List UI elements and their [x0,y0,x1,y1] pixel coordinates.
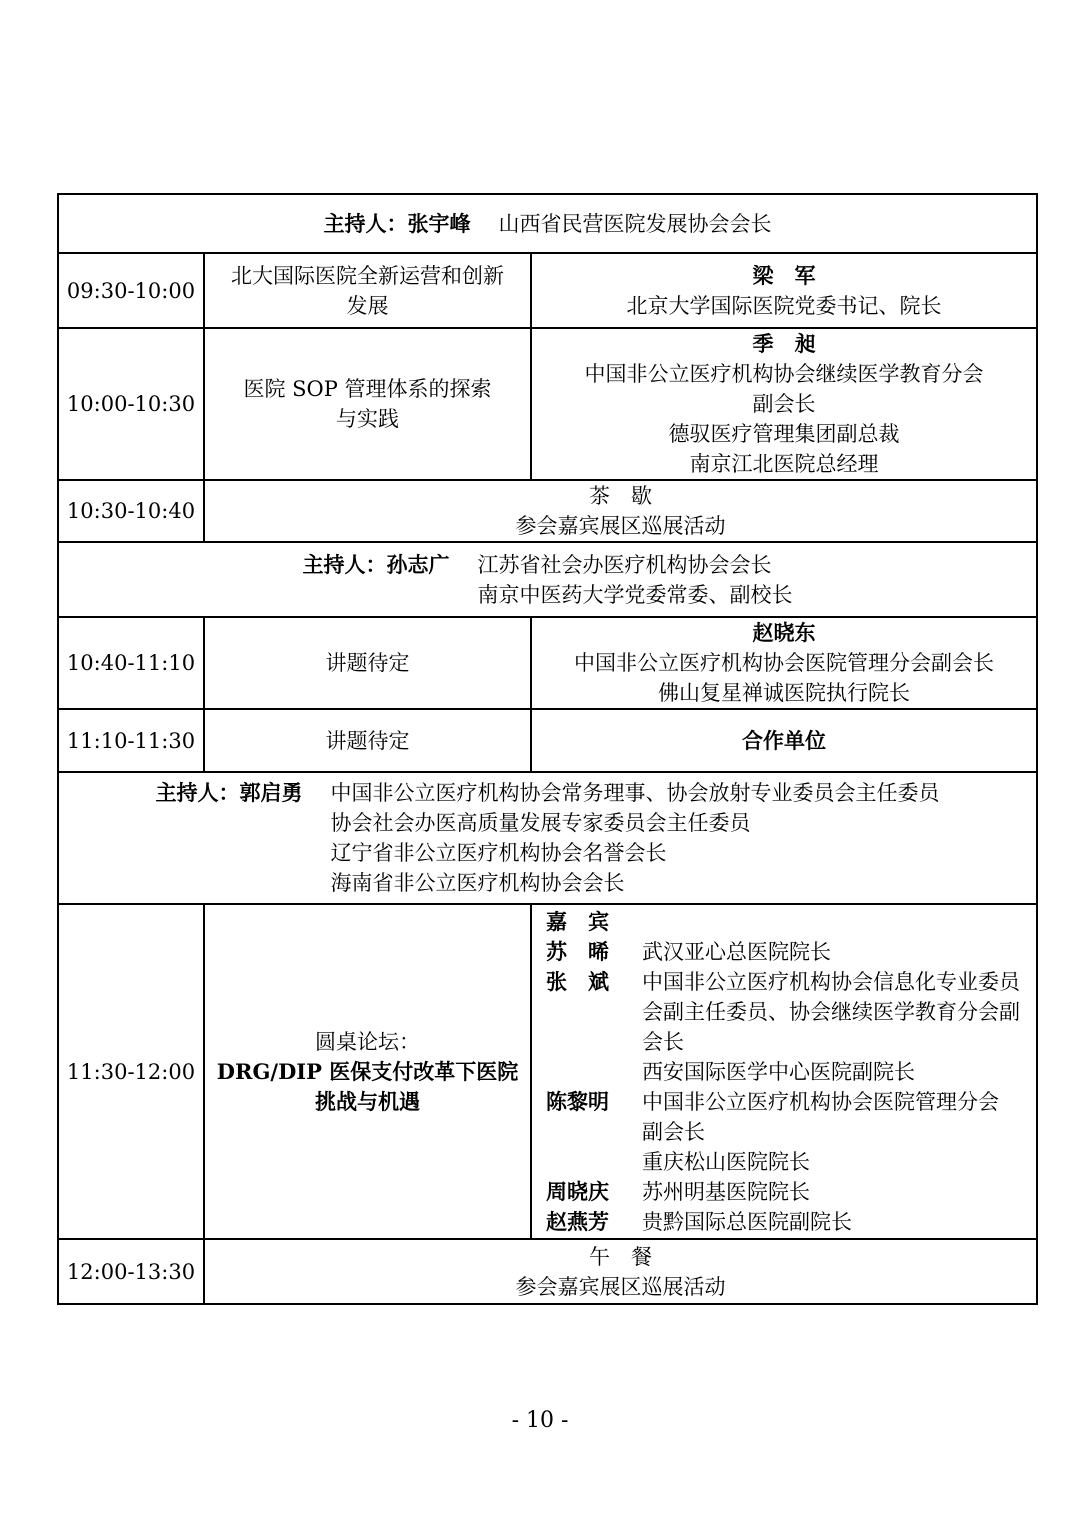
topic-line: DRG/DIP 医保支付改革下医院 [205,1057,530,1087]
speaker-title-line: 中国非公立医疗机构协会医院管理分会副会长 [532,648,1036,678]
topic-line: 医院 SOP 管理体系的探索 [205,374,530,404]
moderator-label: 主持人：郭启勇 [156,778,303,808]
guest-role-line: 副会长 [642,1117,1036,1147]
break-line: 参会嘉宾展区巡展活动 [205,511,1036,541]
moderator-affiliation-line: 山西省民营医院发展协会会长 [499,209,772,239]
roundtable-guests-cell: 嘉 宾 苏 晞 武汉亚心总医院院长 张 斌 中国非公立医疗机构协会信息化专业委员… [531,904,1037,1239]
guest-role: 贵黔国际总医院副院长 [642,1207,1036,1237]
topic-line: 讲题待定 [205,648,530,678]
guest-list-header: 嘉 宾 [546,907,642,937]
guest-name: 张 斌 [546,967,642,1087]
guest-role: 苏州明基医院院长 [642,1177,1036,1207]
break-line: 参会嘉宾展区巡展活动 [205,1272,1036,1302]
speaker-title-line: 德驭医疗管理集团副总裁 [532,419,1036,449]
guest-role-line: 中国非公立医疗机构协会信息化专业委员 [642,967,1036,997]
speaker-name: 赵晓东 [532,618,1036,648]
guest-role-line: 西安国际医学中心医院副院长 [642,1057,1036,1087]
guest-role: 武汉亚心总医院院长 [642,937,1036,967]
moderator-cell: 主持人：孙志广 江苏省社会办医疗机构协会会长 南京中医药大学党委常委、副校长 [58,542,1037,617]
topic-line: 与实践 [205,404,530,434]
guest-role-line: 会副主任委员、协会继续医学教育分会副 [642,997,1036,1027]
guest-role-line: 重庆松山医院院长 [642,1147,1036,1177]
speaker-title-line: 副会长 [532,389,1036,419]
break-cell: 茶 歇 参会嘉宾展区巡展活动 [204,480,1037,542]
time-cell: 10:40-11:10 [58,617,204,709]
moderator-affiliation-line: 江苏省社会办医疗机构协会会长 [478,550,793,580]
break-row-tea: 10:30-10:40 茶 歇 参会嘉宾展区巡展活动 [58,480,1037,542]
speaker-name: 季 昶 [532,329,1036,359]
agenda-table-container: 主持人：张宇峰 山西省民营医院发展协会会长 09:30-10:00 北大国际医院… [57,193,1036,1305]
time-cell: 11:30-12:00 [58,904,204,1239]
session-row-0930: 09:30-10:00 北大国际医院全新运营和创新 发展 梁 军 北京大学国际医… [58,253,1037,328]
guest-role-line: 贵黔国际总医院副院长 [642,1207,1036,1237]
topic-cell: 讲题待定 [204,617,531,709]
speaker-title-line: 佛山复星禅诚医院执行院长 [532,678,1036,708]
break-row-lunch: 12:00-13:30 午 餐 参会嘉宾展区巡展活动 [58,1239,1037,1304]
topic-line: 挑战与机遇 [205,1087,530,1117]
session-row-1040: 10:40-11:10 讲题待定 赵晓东 中国非公立医疗机构协会医院管理分会副会… [58,617,1037,709]
guest-name: 赵燕芳 [546,1207,642,1237]
topic-line: 讲题待定 [205,726,530,756]
moderator-affiliations: 山西省民营医院发展协会会长 [499,209,772,239]
session-row-1110: 11:10-11:30 讲题待定 合作单位 [58,709,1037,772]
moderator-affiliation-line: 中国非公立医疗机构协会常务理事、协会放射专业委员会主任委员 [331,778,940,808]
guest-role-line: 会长 [642,1027,1036,1057]
time-cell: 11:10-11:30 [58,709,204,772]
time-cell: 09:30-10:00 [58,253,204,328]
break-line: 午 餐 [205,1242,1036,1272]
moderator-affiliation-line: 南京中医药大学党委常委、副校长 [478,580,793,610]
guest-name: 苏 晞 [546,937,642,967]
time-cell: 10:30-10:40 [58,480,204,542]
moderator-row-sunzhiguang: 主持人：孙志广 江苏省社会办医疗机构协会会长 南京中医药大学党委常委、副校长 [58,542,1037,617]
agenda-table: 主持人：张宇峰 山西省民营医院发展协会会长 09:30-10:00 北大国际医院… [57,193,1038,1305]
speaker-cell: 合作单位 [531,709,1037,772]
partner-unit-label: 合作单位 [532,726,1036,756]
guest-name: 陈黎明 [546,1087,642,1177]
guest-name: 周晓庆 [546,1177,642,1207]
session-row-1130-roundtable: 11:30-12:00 圆桌论坛： DRG/DIP 医保支付改革下医院 挑战与机… [58,904,1037,1239]
time-cell: 12:00-13:30 [58,1239,204,1304]
topic-line: 发展 [205,291,530,321]
break-line: 茶 歇 [205,481,1036,511]
session-row-1000: 10:00-10:30 医院 SOP 管理体系的探索 与实践 季 昶 中国非公立… [58,328,1037,480]
speaker-title-line: 北京大学国际医院党委书记、院长 [532,291,1036,321]
guest-role: 中国非公立医疗机构协会信息化专业委员 会副主任委员、协会继续医学教育分会副 会长… [642,967,1036,1087]
topic-cell: 圆桌论坛： DRG/DIP 医保支付改革下医院 挑战与机遇 [204,904,531,1239]
guest-role [642,907,1036,937]
moderator-affiliation-line: 海南省非公立医疗机构协会会长 [331,868,940,898]
moderator-row-zhangyufeng: 主持人：张宇峰 山西省民营医院发展协会会长 [58,194,1037,253]
time-cell: 10:00-10:30 [58,328,204,480]
break-cell: 午 餐 参会嘉宾展区巡展活动 [204,1239,1037,1304]
speaker-title-line: 中国非公立医疗机构协会继续医学教育分会 [532,359,1036,389]
guest-role-line: 武汉亚心总医院院长 [642,937,1036,967]
moderator-affiliation-line: 辽宁省非公立医疗机构协会名誉会长 [331,838,940,868]
moderator-row-guoqiyong: 主持人：郭启勇 中国非公立医疗机构协会常务理事、协会放射专业委员会主任委员 协会… [58,772,1037,904]
speaker-cell: 季 昶 中国非公立医疗机构协会继续医学教育分会 副会长 德驭医疗管理集团副总裁 … [531,328,1037,480]
topic-cell: 医院 SOP 管理体系的探索 与实践 [204,328,531,480]
moderator-affiliations: 江苏省社会办医疗机构协会会长 南京中医药大学党委常委、副校长 [478,550,793,610]
speaker-name: 梁 军 [532,261,1036,291]
moderator-label: 主持人：孙志广 [303,550,450,580]
speaker-title-line: 南京江北医院总经理 [532,449,1036,479]
moderator-affiliations: 中国非公立医疗机构协会常务理事、协会放射专业委员会主任委员 协会社会办医高质量发… [331,778,940,898]
guest-role-line: 苏州明基医院院长 [642,1177,1036,1207]
guest-role: 中国非公立医疗机构协会医院管理分会 副会长 重庆松山医院院长 [642,1087,1036,1177]
moderator-label: 主持人：张宇峰 [324,209,471,239]
topic-line: 圆桌论坛： [205,1027,530,1057]
moderator-cell: 主持人：张宇峰 山西省民营医院发展协会会长 [58,194,1037,253]
guest-role-line: 中国非公立医疗机构协会医院管理分会 [642,1087,1036,1117]
page-number: - 10 - [0,1406,1080,1436]
topic-cell: 北大国际医院全新运营和创新 发展 [204,253,531,328]
speaker-cell: 赵晓东 中国非公立医疗机构协会医院管理分会副会长 佛山复星禅诚医院执行院长 [531,617,1037,709]
topic-cell: 讲题待定 [204,709,531,772]
moderator-affiliation-line: 协会社会办医高质量发展专家委员会主任委员 [331,808,940,838]
topic-line: 北大国际医院全新运营和创新 [205,261,530,291]
speaker-cell: 梁 军 北京大学国际医院党委书记、院长 [531,253,1037,328]
moderator-cell: 主持人：郭启勇 中国非公立医疗机构协会常务理事、协会放射专业委员会主任委员 协会… [58,772,1037,904]
